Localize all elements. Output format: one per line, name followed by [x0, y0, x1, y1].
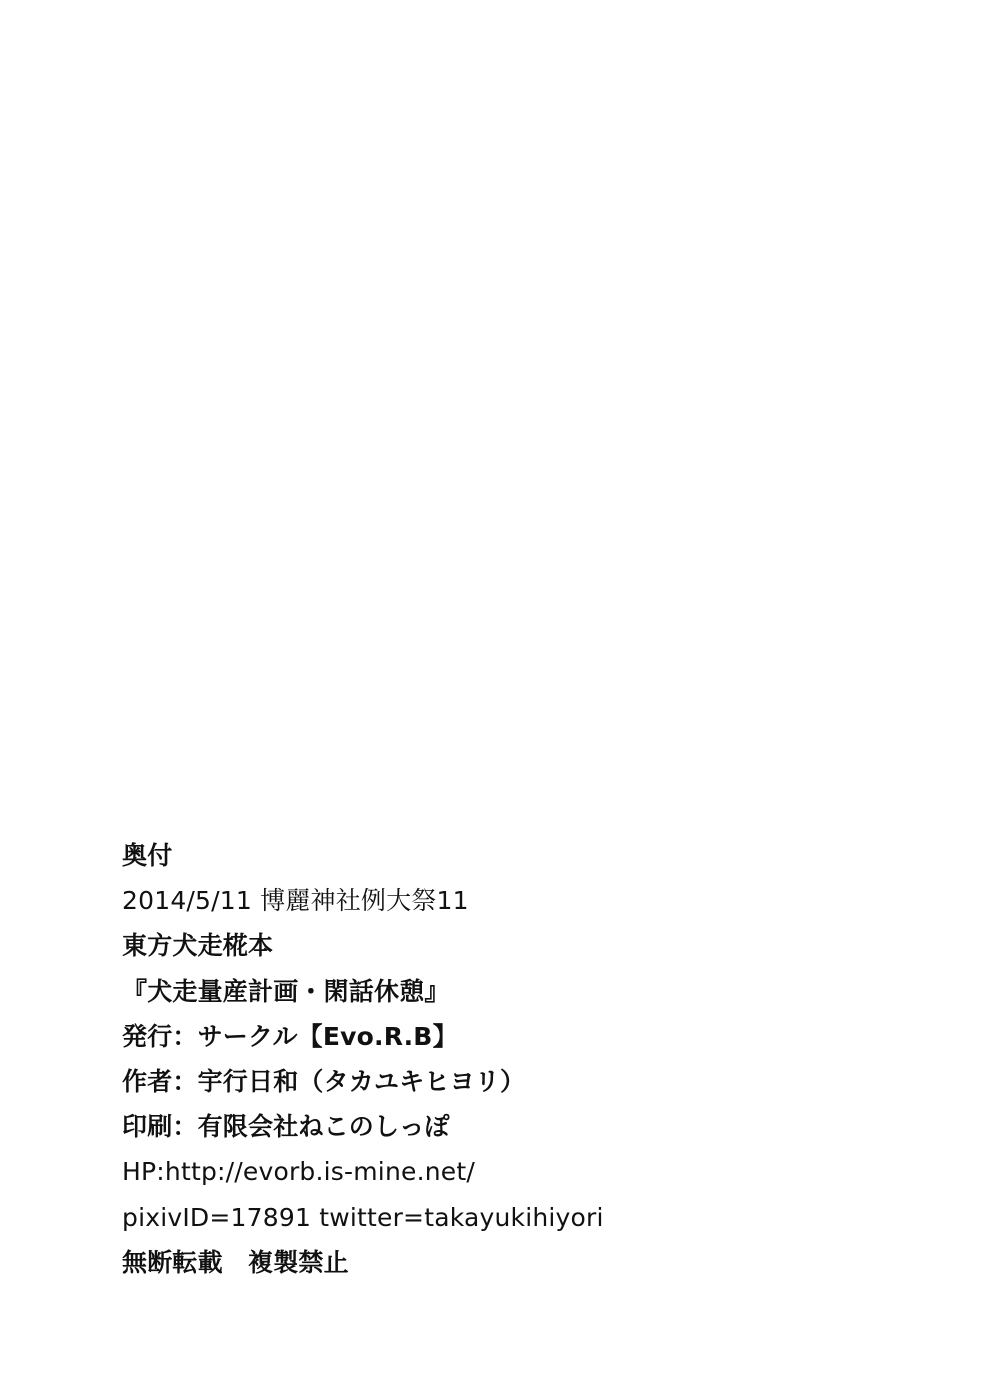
homepage-line: HP:http://evorb.is-mine.net/ [122, 1154, 604, 1199]
colophon-block: 奥付 2014/5/11 博麗神社例大祭11 東方犬走椛本 『犬走量産計画・閑話… [122, 838, 604, 1290]
colophon-heading: 奥付 [122, 838, 604, 883]
social-line: pixivID=17891 twitter=takayukihiyori [122, 1200, 604, 1245]
colophon-page: 奥付 2014/5/11 博麗神社例大祭11 東方犬走椛本 『犬走量産計画・閑話… [0, 0, 1000, 1400]
publisher-line: 発行：サークル【Evo.R.B】 [122, 1019, 604, 1064]
title-line: 『犬走量産計画・閑話休憩』 [122, 974, 604, 1019]
printer-line: 印刷：有限会社ねこのしっぽ [122, 1109, 604, 1154]
copyright-notice: 無断転載 複製禁止 [122, 1245, 604, 1290]
author-line: 作者：宇行日和（タカユキヒヨリ） [122, 1064, 604, 1109]
series-line: 東方犬走椛本 [122, 928, 604, 973]
event-line: 2014/5/11 博麗神社例大祭11 [122, 883, 604, 928]
